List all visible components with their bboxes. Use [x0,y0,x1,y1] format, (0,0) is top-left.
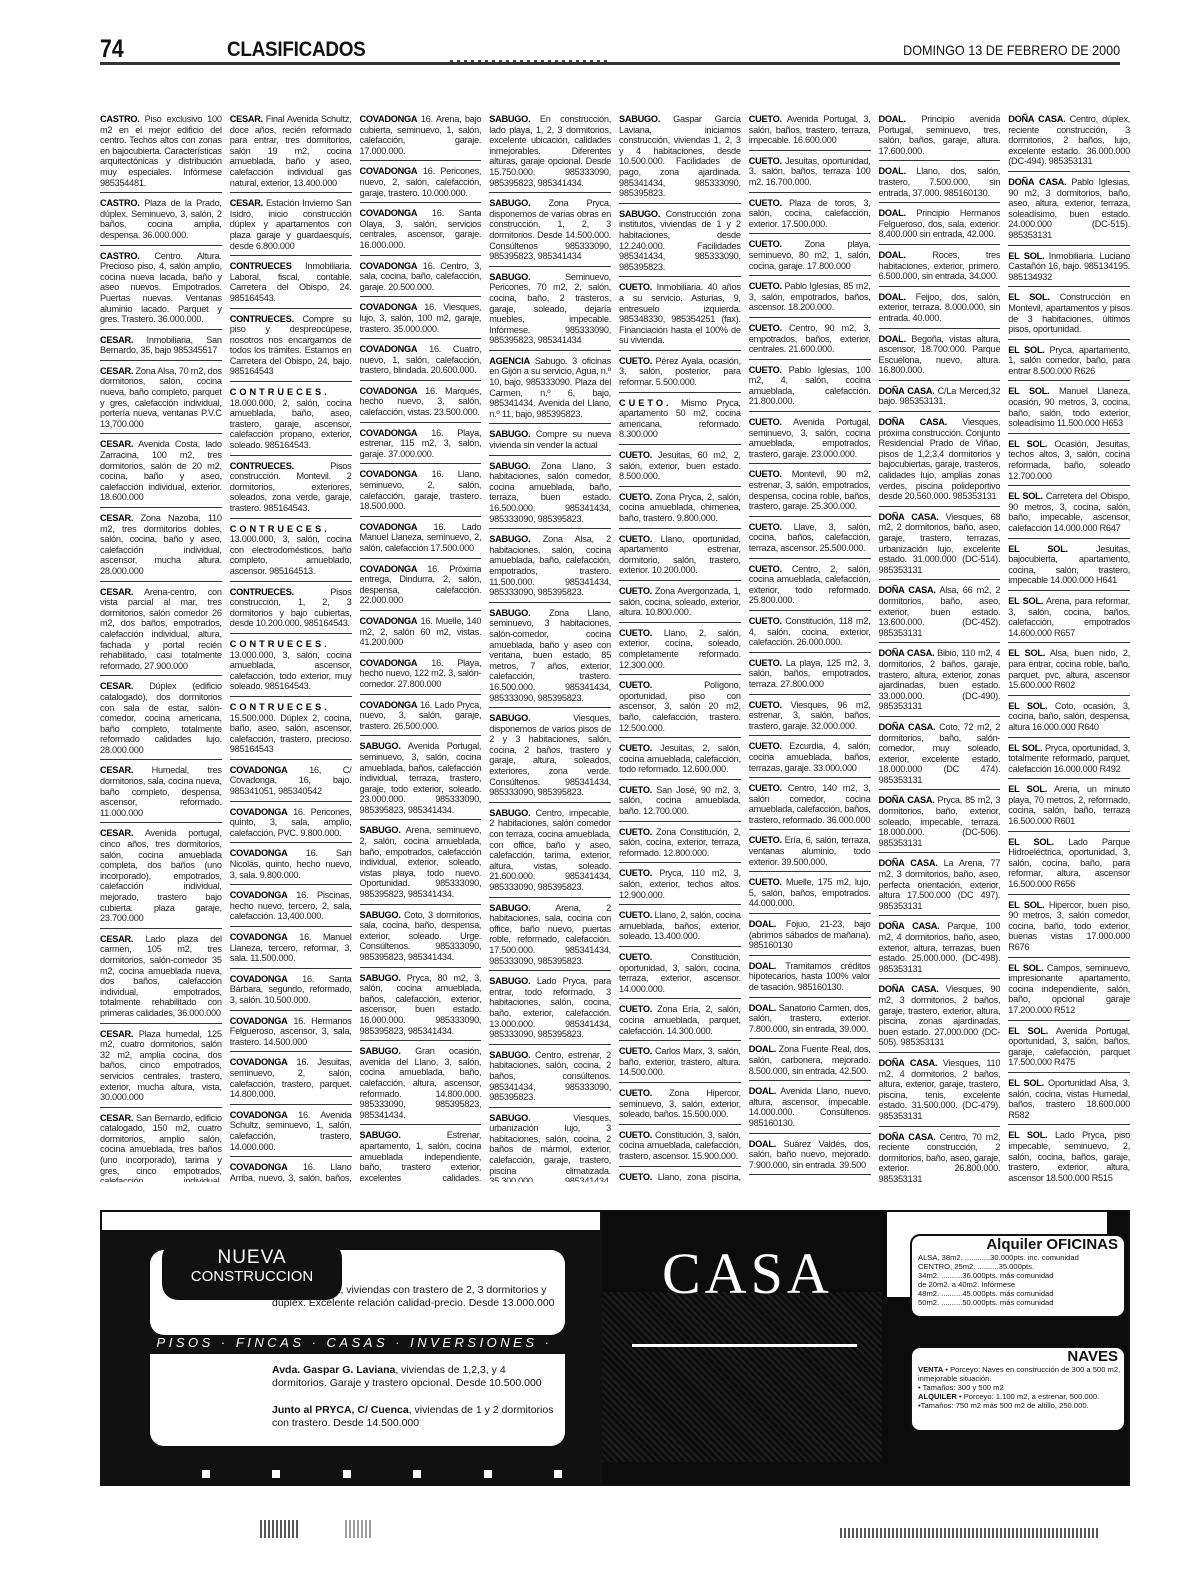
classified-ad: SABUGO. Gran ocasión, avenida del Llano,… [360,1044,482,1125]
ad-agency: EL SOL. [1008,345,1044,355]
ad-agency: CUETO. [619,1046,652,1056]
ad-agency: CUETO. [619,492,652,502]
classified-ad: CESAR. Avenida Costa, lado Zarracina, 10… [100,437,222,508]
ad-agency: CONTRUECES. [230,587,294,597]
classified-ad: CUETO. Pérez Ayala, ocasión, 3, salón, p… [619,354,741,393]
ad-agency: CUETO. [749,417,782,427]
ad-agency: COVADONGA [360,522,418,532]
ad-agency: DOÑA CASA. [879,984,939,994]
page-number: 74 [100,36,124,62]
classified-column: COVADONGA 16. Arena, bajo cubierta, semi… [360,112,482,1182]
ad-agency: COVADONGA [360,469,418,479]
ad-agency: DOAL. [749,961,776,971]
ad-agency: CUETO. [619,1130,652,1140]
ad-agency: EL SOL. [1008,784,1047,794]
ad-agency: DOÑA CASA. [879,386,935,396]
classified-ad: EL SOL. Jesuitas, bajocubierta, apartame… [1008,542,1130,591]
classified-ad: DOÑA CASA. Pryca, 85 m2, 3 dormitorios, … [879,793,1001,853]
logo-underline [632,1344,857,1347]
classified-ad: DOÑA CASA. Bibio, 110 m2, 4 dormitorios,… [879,646,1001,717]
ad-agency: DOÑA CASA. [879,585,936,595]
ad-agency: CONTRUECES. [230,702,330,712]
ad-agency: CONTRUECES. [230,387,330,397]
ad-agency: CUETO. [619,785,652,795]
ad-text: Gran ocasión, avenida del Llano, 3, saló… [360,1046,482,1120]
ad-agency: COVADONGA [230,1057,288,1067]
classified-ad: SABUGO. Coto, 3 dormitorios, sala, cocin… [360,908,482,968]
ad-agency: SABUGO. [489,1113,530,1123]
ad-agency: COVADONGA [360,114,418,124]
tag-line-1: NUEVA [162,1248,342,1268]
ad-agency: COVADONGA [230,890,288,900]
header-rule-dashed [450,60,610,62]
ad-agency: CUETO. [619,356,652,366]
ad-agency: CUETO. [749,616,782,626]
classified-ad: CUETO. Zona playa, seminuevo, 80 m2, 1, … [749,237,871,276]
ad-text: 13.000.000, 3, salón, cocina con electro… [230,534,352,576]
ad-agency: SABUGO. [489,429,530,439]
ad-agency: DOÑA CASA. [1008,177,1066,187]
ad-agency: CUETO. [749,783,782,793]
ad-agency: SABUGO. [489,808,530,818]
classified-ad: EL SOL. Pryca, apartamento, 1, salón com… [1008,343,1130,382]
ad-text: Viesques, próxima construcción. Conjunto… [879,417,1001,501]
classified-ad: CUETO. Constitución, 118 m2, 4, salón, c… [749,614,871,653]
classified-ad: DOAL. Suárez Valdés, dos, salón, baño nu… [749,1137,871,1176]
ad-text: 13.000.000, 3, salón, cocina amueblada, … [230,650,352,692]
ad-agency: CASTRO. [100,251,140,261]
classified-ad: COVADONGA 16. Próxima entrega, Dindurra,… [360,562,482,611]
classified-ad: CUETO. Jesuitas, 60 m2, 2, salón, exteri… [619,448,741,487]
ad-agency: EL SOL. [1008,701,1047,711]
classified-ad: CESAR. Estación Invierno San Isidro, ini… [230,196,352,256]
classified-ad: EL SOL. Arena, para reformar, 3, salón, … [1008,594,1130,643]
classified-ad: COVADONGA 16. Centro, 3, sala, cocina, b… [360,259,482,298]
ad-item-schultz: Avda. Schultz, viviendas con trastero de… [272,1284,562,1310]
ad-decorative-squares [202,1470,562,1478]
classified-ad: COVADONGA 16. San Nicolás, quinto, hecho… [230,846,352,885]
classified-ad: COVADONGA 16. Lado Pryca, nuevo, 3, saló… [360,698,482,737]
classified-ad: CESAR. Dúplex (edificio catalogado), dos… [100,679,222,760]
ad-agency: SABUGO. [360,741,401,751]
ad-agency: COVADONGA [230,765,288,775]
classified-ad: CUETO. Llave, 3, salón, cocina, baños, c… [749,520,871,559]
classified-ad: COVADONGA 16. Pericones, quinto, 3, sala… [230,805,352,844]
classified-ad: DOÑA CASA. Pablo Iglesias, 90 m2, 3 dorm… [1008,175,1130,246]
item-title: Junto al PRYCA, C/ Cuenca [272,1404,409,1416]
ad-agency: COVADONGA [230,974,288,984]
classified-column: SABUGO. En construcción, lado playa, 1, … [489,112,611,1182]
ad-text: Dúplex (edificio catalogado), dos dormit… [100,681,222,755]
ad-agency: EL SOL. [1008,1026,1048,1036]
ad-text: Zona Llano, seminuevo, 3 habitaciones, s… [489,608,611,703]
ad-agency: CUETO. [749,522,782,532]
ad-agency: CESAR. [100,828,133,838]
classified-ad: CUETO. Inmobiliaria. 40 años a su servic… [619,280,741,351]
classified-ad: CUETO. Zona Hipercor, seminuevo, 3, saló… [619,1086,741,1125]
classified-ad: SABUGO. Centro, estrenar, 2 habitaciones… [489,1048,611,1108]
oficinas-row: de 20m2. a 40m2. Infórmese [912,1280,1124,1289]
classified-ad: CUETO. Mismo Pryca, apartamento 50 m2, c… [619,396,741,445]
classified-ad: CESAR. Humedal, tres dormitorios, sala, … [100,763,222,823]
classified-column: CASTRO. Piso exclusivo 100 m2 en el mejo… [100,112,222,1182]
classified-ad: EL SOL. Ocasión, Jesuitas, techos altos,… [1008,437,1130,486]
venta-sizes: • Tamaños: 300 y 500 m2 [912,1383,1124,1392]
naves-box: NAVES VENTA • Porceyo: Naves en construc… [910,1346,1126,1432]
ad-text: San Bernardo, edificio catalogado, 150 m… [100,1113,222,1182]
classified-ad: EL SOL. Inmobiliaria. Luciano Castañón 1… [1008,249,1130,288]
classified-ad: CESAR. Arena-centro, con vista parcial a… [100,585,222,677]
ad-agency: SABUGO. [489,198,530,208]
classified-ad: SABUGO. Viesques, urbanización lujo, 3 h… [489,1111,611,1182]
classified-ad: CESAR. San Bernardo, edificio catalogado… [100,1111,222,1182]
ad-agency: EL SOL. [1008,1078,1044,1088]
classified-ad: CUETO. Pablo Iglesias, 100 m2, 4, salón,… [749,363,871,412]
ad-agency: SABUGO. [489,713,530,723]
classified-ad: COVADONGA 16. Avenida Schultz, seminuevo… [230,1108,352,1157]
ad-agency: CONTRUECES. [230,314,294,324]
ad-agency: CUETO. [619,398,672,408]
ad-agency: DOAL. [749,919,776,929]
classified-ad: CUETO. Jesuitas, oportunidad, 3, salón, … [749,154,871,193]
oficinas-title: Alquiler OFICINAS [912,1236,1124,1253]
classified-ad: CUETO. Viesques, 96 m2, estrenar, 3, sal… [749,698,871,737]
ad-agency: CUETO. [619,868,652,878]
classified-ad: CESAR. Lado plaza del carmen, 105 m2, tr… [100,932,222,1024]
classified-ad: SABUGO. En construcción, lado playa, 1, … [489,112,611,193]
classified-ad: CUETO. Llano, zona piscina, dúplex, 2, s… [619,1170,741,1183]
casa-logo: CASA [662,1240,833,1307]
classified-ad: EL SOL. Oportunidad Alsa, 3, salón, coci… [1008,1076,1130,1125]
ad-agency: COVADONGA [230,848,288,858]
ad-agency: DOÑA CASA. [879,648,935,658]
ad-agency: EL SOL. [1008,596,1043,606]
item-title: Avda. Schultz [272,1284,340,1296]
ad-agency: DOAL. [749,1139,776,1149]
classified-ad: CONTRUECES. Pisos construcción, 1, 2, 3 … [230,585,352,634]
ad-agency: CESAR. [100,1113,133,1123]
classified-ad: COVADONGA 16. Viesques, lujo, 3, salón, … [360,300,482,339]
classified-ad: EL SOL. Coto, ocasión, 3, cocina, baño, … [1008,699,1130,738]
oficinas-row: CENTRO, 25m2. ..........35.000pts. [912,1262,1124,1271]
ad-agency: DOAL. [879,250,906,260]
classified-ad: COVADONGA 16. Santa Bárbara, segundo, re… [230,972,352,1011]
ad-agency: SABUGO. [489,608,530,618]
ad-agency: CUETO. [749,365,782,375]
ad-agency: CUETO. [619,1004,652,1014]
ad-agency: CUETO. [619,1172,652,1182]
ad-agency: CUETO. [619,680,652,690]
classifieds-columns: CASTRO. Piso exclusivo 100 m2 en el mejo… [100,112,1130,1182]
classified-ad: COVADONGA 16. Jesuitas, seminuevo, 2, sa… [230,1055,352,1104]
ad-agency: EL SOL. [1008,439,1047,449]
classified-ad: DOÑA CASA. C/La Merced,32 bajo. 98535313… [879,384,1001,412]
ad-agency: DOAL. [879,114,906,124]
classified-ad: DOAL. Feijoo, dos, salón, exterior, terr… [879,290,1001,329]
classified-ad: DOAL. Begoña, vistas altura, ascensor, 1… [879,332,1001,381]
section-title: CLASIFICADOS [227,38,366,62]
classified-ad: EL SOL. Campos, seminuevo, impresionante… [1008,961,1130,1021]
classified-ad: CONTRUECES Inmobiliaria. Laboral, fiscal… [230,259,352,308]
ad-agency: EL SOL. [1008,963,1043,973]
ad-casa: CASA Alquiler OFICINAS ALSA, 38m2. .....… [600,1210,1130,1486]
classified-ad: CUETO. Llano, oportunidad, apartamento e… [619,532,741,581]
classified-ad: CUETO. Ería, 6, salón, terraza, ventanas… [749,833,871,872]
classified-ad: DOAL. Zona Fuente Real, dos, salón, carb… [749,1042,871,1081]
ad-agency: DOÑA CASA. [1008,114,1065,124]
ad-agency: DOÑA CASA. [879,417,947,427]
ad-agency: CESAR. [100,934,133,944]
scan-artifact [840,1528,1100,1538]
ad-agency: EL SOL. [1008,544,1068,554]
classified-ad: AGENCIA Sabugo. 3 oficinas en Gijón a su… [489,354,611,425]
oficinas-row: 34m2. ..........36.000pts. más comunidad [912,1271,1124,1280]
ad-agency: CUETO. [749,658,782,668]
classified-ad: EL SOL. Arena, un minuto playa, 70 metro… [1008,782,1130,831]
classified-ad: COVADONGA 16. Manuel Llaneza, tercero, r… [230,930,352,969]
classified-column: CESAR. Final Avenida Schultz, doce años,… [230,112,352,1182]
ad-agency: CUETO. [749,564,782,574]
classified-ad: CESAR. Zona Alsa, 70 m2, dos dormitorios… [100,364,222,435]
ad-agency: CESAR. [100,587,133,597]
ad-agency: CUETO. [619,282,652,292]
classified-ad: CUETO. Zona Avergonzada, 1, salón, cocin… [619,584,741,623]
ad-agency: COVADONGA [230,932,288,942]
classified-ad: SABUGO. Construcción zona institutos, vi… [619,207,741,278]
classified-ad: EL SOL. Carretera del Obispo, 90 metros,… [1008,489,1130,538]
ad-agency: DOÑA CASA. [879,1132,936,1142]
classified-ad: CUETO. Zona Pryca, 2, salón, cocina amue… [619,490,741,529]
classified-ad: COVADONGA 16. Pericones, nuevo, 2, salón… [360,164,482,203]
classified-ad: EL SOL. Hipercor, buen piso, 90 metros, … [1008,898,1130,958]
ad-text: Seminuevo, Pericones, 70 m2, 2, salón, c… [489,272,611,346]
ad-agency: CESAR. [100,1029,133,1039]
oficinas-row: ALSA, 38m2. ............30.000pts. inc. … [912,1253,1124,1262]
classified-ad: CUETO. Plaza de toros, 3, salón, cocina,… [749,196,871,235]
classified-ad: CONTRUECES. 18.000.000, 2, salón, cocina… [230,385,352,456]
ad-border-top [102,1212,605,1230]
classified-ad: SABUGO. Avenida Portugal, seminuevo, 3, … [360,739,482,820]
ad-text: Lado plaza del carmen, 105 m2, tres dorm… [100,934,222,1018]
classified-ad: CESAR. Plaza humedal, 125 m2, cuatro dor… [100,1027,222,1108]
classified-ad: DOÑA CASA. Centro, 70 m2, reciente const… [879,1130,1001,1183]
ad-text: 18.000.000, 2, salón, cocina amueblada, … [230,398,352,450]
classified-ad: DOAL. Roces, tres habitaciones, exterior… [879,248,1001,287]
ad-agency: CUETO. [619,628,652,638]
ad-agency: COVADONGA [230,1110,288,1120]
classified-ad: EL SOL. Alsa, buen nido, 2, para entrar,… [1008,646,1130,695]
naves-title: NAVES [912,1348,1124,1365]
ad-agency: CESAR. [230,198,263,208]
ad-agency: CESAR. [100,513,133,523]
ad-agency: CESAR. [100,335,133,345]
header-rule [100,62,1120,65]
ad-agency: DOAL. [749,1044,776,1054]
ad-text: Gaspar García Laviana, iniciamos constru… [619,114,741,198]
classified-ad: CASTRO. Piso exclusivo 100 m2 en el mejo… [100,112,222,193]
classified-ad: DOÑA CASA. Centro, dúplex, reciente cons… [1008,112,1130,172]
classified-ad: SABUGO. Gaspar García Laviana, iniciamos… [619,112,741,204]
classified-ad: CUETO. Ezcurdia, 4, salón, cocina amuebl… [749,739,871,778]
ad-agency: CUETO. [619,1088,652,1098]
ad-agency: DOÑA CASA. [879,1058,938,1068]
classified-ad: CUETO. Muelle, 175 m2, lujo, 5, salón, b… [749,875,871,914]
ad-agency: DOÑA CASA. [879,512,939,522]
ad-agency: SABUGO. [360,1046,401,1056]
classified-ad: DOAL. Tramitamos créditos hipotecarios, … [749,959,871,998]
classified-column: DOAL. Principio avenida Portugal, seminu… [879,112,1001,1182]
ad-agency: EL SOL. [1008,251,1044,261]
ad-agency: CUETO. [619,586,652,596]
classified-column: DOÑA CASA. Centro, dúplex, reciente cons… [1008,112,1130,1182]
classified-ad: CESAR. Inmobiliaria, San Bernardo, 35, b… [100,333,222,361]
classified-ad: EL SOL. Manuel Llaneza, ocasión, 90 metr… [1008,384,1130,433]
ad-agency: COVADONGA [360,166,418,176]
ad-agency: CESAR. [100,681,133,691]
ad-item-laviana: Avda. Gaspar G. Laviana, viviendas de 1,… [272,1364,562,1390]
classified-ad: DOAL. Fojuo, 21-23, bajo (abrimos sábado… [749,917,871,956]
ad-agency: CUETO. [749,741,782,751]
ad-agency: COVADONGA [360,344,418,354]
ad-agency: COVADONGA [230,1016,288,1026]
ad-agency: DOAL. [879,292,906,302]
ad-agency: SABUGO. [489,903,530,913]
ad-agency: EL SOL. [1008,386,1049,396]
ad-agency: COVADONGA [360,658,418,668]
classified-ad: CUETO. Zona Ería, 2, salón, cocina amueb… [619,1002,741,1041]
ad-agency: CESAR. [230,114,263,124]
ad-text: 15.500.000. Dúplex 2, cocina, baño, aseo… [230,713,352,755]
ad-text: En construcción, lado playa, 1, 2, 3 dor… [489,114,611,188]
classified-ad: SABUGO. Arena, seminuevo, 2, salón, coci… [360,823,482,904]
ad-agency: COVADONGA [360,564,418,574]
classified-ad: COVADONGA 16. Piscinas, hecho nuevo, ter… [230,888,352,927]
classified-ad: CUETO. Carlos Marx, 3, salón, baño, exte… [619,1044,741,1083]
ad-agency: COVADONGA [360,700,418,710]
classified-ad: SABUGO. Seminuevo, Pericones, 70 m2, 2, … [489,270,611,351]
classified-ad: SABUGO. Centro, impecable, 2 habitacione… [489,806,611,898]
classified-ad: CONTRUECES. Pisos construcción. Montevil… [230,459,352,519]
classified-ad: CUETO. Avenida Portugal, seminuevo, 3, s… [749,415,871,464]
ad-agency: COVADONGA [360,302,418,312]
classified-ad: CONTRUECES. 13.000.000, 3, salón, cocina… [230,522,352,582]
ad-agency: CUETO. [749,835,782,845]
classified-ad: CUETO. Llano, 2, salón, cocina amueblada… [619,908,741,947]
classified-ad: SABUGO. Zona Alsa, 2 habitaciones, salón… [489,532,611,603]
ad-agency: DOÑA CASA. [879,921,940,931]
classified-ad: CUETO. Montevil, 90 m2, estrenar, 3, sal… [749,467,871,516]
classified-ad: COVADONGA 16. Santa Olaya, 3, salón, ser… [360,206,482,255]
classified-ad: SABUGO. Lado Pryca, para entrar, todo re… [489,974,611,1045]
classified-ad: CONTRUECES. 13.000.000, 3, salón, cocina… [230,637,352,697]
classified-ad: DOÑA CASA. Viesques, próxima construcció… [879,415,1001,507]
ad-agency: SABUGO. [489,461,530,471]
ad-agency: DOAL. [749,1003,776,1013]
classified-ad: EL SOL. Construcción en Montevil, aparta… [1008,290,1130,339]
ad-agency: COVADONGA [230,807,288,817]
classified-ad: DOAL. Principio Hermanos Felgueroso, dos… [879,206,1001,245]
classified-ad: DOAL. Principio avenida Portugal, seminu… [879,112,1001,161]
classified-ad: CUETO. Zona Constitución, 2, salón, coci… [619,825,741,864]
oficinas-row: 50m2. ..........50.000pts. más comunidad [912,1298,1124,1307]
ad-agency: CASTRO. [100,114,140,124]
ad-text: Final Avenida Schultz, doce años, recién… [230,114,352,188]
classified-ad: CUETO. Pryca, 110 m2, 3, salón, exterior… [619,866,741,905]
classified-ad: CESAR. Zona Nazoba, 110 m2, tres dormito… [100,511,222,582]
ad-agency: DOAL. [879,208,906,218]
classified-ad: CUETO. La playa, 125 m2, 3, salón, baños… [749,656,871,695]
classified-ad: CONTRUECES. 15.500.000. Dúplex 2, cocina… [230,700,352,760]
classified-ad: COVADONGA 16. Llano Arriba, nuevo, 3, sa… [230,1160,352,1182]
ad-text: Plaza humedal, 125 m2, cuatro dormitorio… [100,1029,222,1103]
ad-agency: CUETO. [619,952,652,962]
ad-agency: SABUGO. [360,1130,401,1140]
ad-agency: SABUGO. [360,973,401,983]
ad-agency: SABUGO. [360,825,401,835]
classified-ad: CUETO. Pablo Iglesias, 85 m2, 3, salón, … [749,279,871,318]
classified-ad: SABUGO. Zona Llano, seminuevo, 3 habitac… [489,606,611,708]
classified-ad: DOÑA CASA. Viesques, 110 m2, 4 dormitori… [879,1056,1001,1127]
ad-agency: EL SOL. [1008,648,1045,658]
ad-text: Avenida Portugal, seminuevo, 3, salón, c… [360,741,482,815]
classified-ad: COVADONGA 16. Marqués, hecho nuevo, 3, s… [360,384,482,423]
ad-agency: EL SOL. [1008,743,1042,753]
classified-ad: SABUGO. Estrenar, apartamento, 1, salón,… [360,1128,482,1182]
classified-ad: DOÑA CASA. Coto, 72 m2, 2 dormitorios, b… [879,720,1001,791]
classified-ad: EL SOL. Lado Parque Hidroeléctrica, opor… [1008,835,1130,895]
ad-agency: DOÑA CASA. [879,858,938,868]
ad-agency: CUETO. [619,743,652,753]
classified-ad: CUETO. Centro, 2, salón, cocina amueblad… [749,562,871,611]
ad-agency: CESAR. [100,439,133,449]
ad-agency: COVADONGA [360,208,418,218]
classified-ad: SABUGO. Viesques, disponemos de varios p… [489,711,611,803]
ad-agency: COVADONGA [360,616,418,626]
ad-text: Centro. Altura. Precioso piso, 4, salón … [100,251,222,325]
classified-ad: EL SOL. Lado Pryca, piso impecable, semi… [1008,1128,1130,1182]
scan-artifact [345,1520,373,1538]
classified-ad: CUETO. San José, 90 m2, 3, salón, cocina… [619,783,741,822]
ad-nueva-construccion: NUEVA CONSTRUCCION Avda. Schultz, vivien… [100,1210,605,1486]
classified-ad: CUETO. Centro, 90 m2, 3, empotrados, bañ… [749,321,871,360]
classified-ad: DOÑA CASA. Alsa, 66 m2, 2 dormitorios, b… [879,583,1001,643]
ad-agency: DOÑA CASA. [879,722,936,732]
classified-ad: SABUGO. Zona Pryca, disponemos de varias… [489,196,611,267]
ad-agency: EL SOL. [1008,900,1044,910]
classified-ad: EL SOL. Pryca, oportunidad, 3, totalment… [1008,741,1130,780]
classified-ad: CASTRO. Centro. Altura. Precioso piso, 4… [100,249,222,330]
ad-agency: SABUGO. [360,910,401,920]
classified-ad: DOÑA CASA. Viesques, 68 m2, 2 dormitorio… [879,510,1001,581]
alquiler-oficinas-box: Alquiler OFICINAS ALSA, 38m2. ..........… [910,1234,1126,1318]
ad-agency: CUETO. [749,156,782,166]
ad-agency: CUETO. [749,469,782,479]
classified-ad: CESAR. Final Avenida Schultz, doce años,… [230,112,352,193]
classified-ad: CUETO. Constitución, oportunidad, 3, sal… [619,950,741,999]
classified-ad: COVADONGA 16. Arena, bajo cubierta, semi… [360,112,482,161]
classified-column: SABUGO. Gaspar García Laviana, iniciamos… [619,112,741,1182]
ad-agency: EL SOL. [1008,292,1049,302]
ad-agency: CUETO. [749,877,782,887]
ad-agency: DOAL. [879,166,906,176]
ad-agency: SABUGO. [619,209,660,219]
classified-ad: CUETO. Avenida Portugal, 3, salón, baños… [749,112,871,151]
services-band: PISOS · FINCAS · CASAS · INVERSIONES · C… [102,1332,605,1354]
venta-text: • Porceyo: Naves en construcción de 300 … [918,1365,1120,1383]
ad-agency: EL SOL. [1008,1130,1047,1140]
classified-ad: COVADONGA 16. Lado Manuel Llaneza, semin… [360,520,482,559]
ad-agency: CUETO. [749,239,782,249]
